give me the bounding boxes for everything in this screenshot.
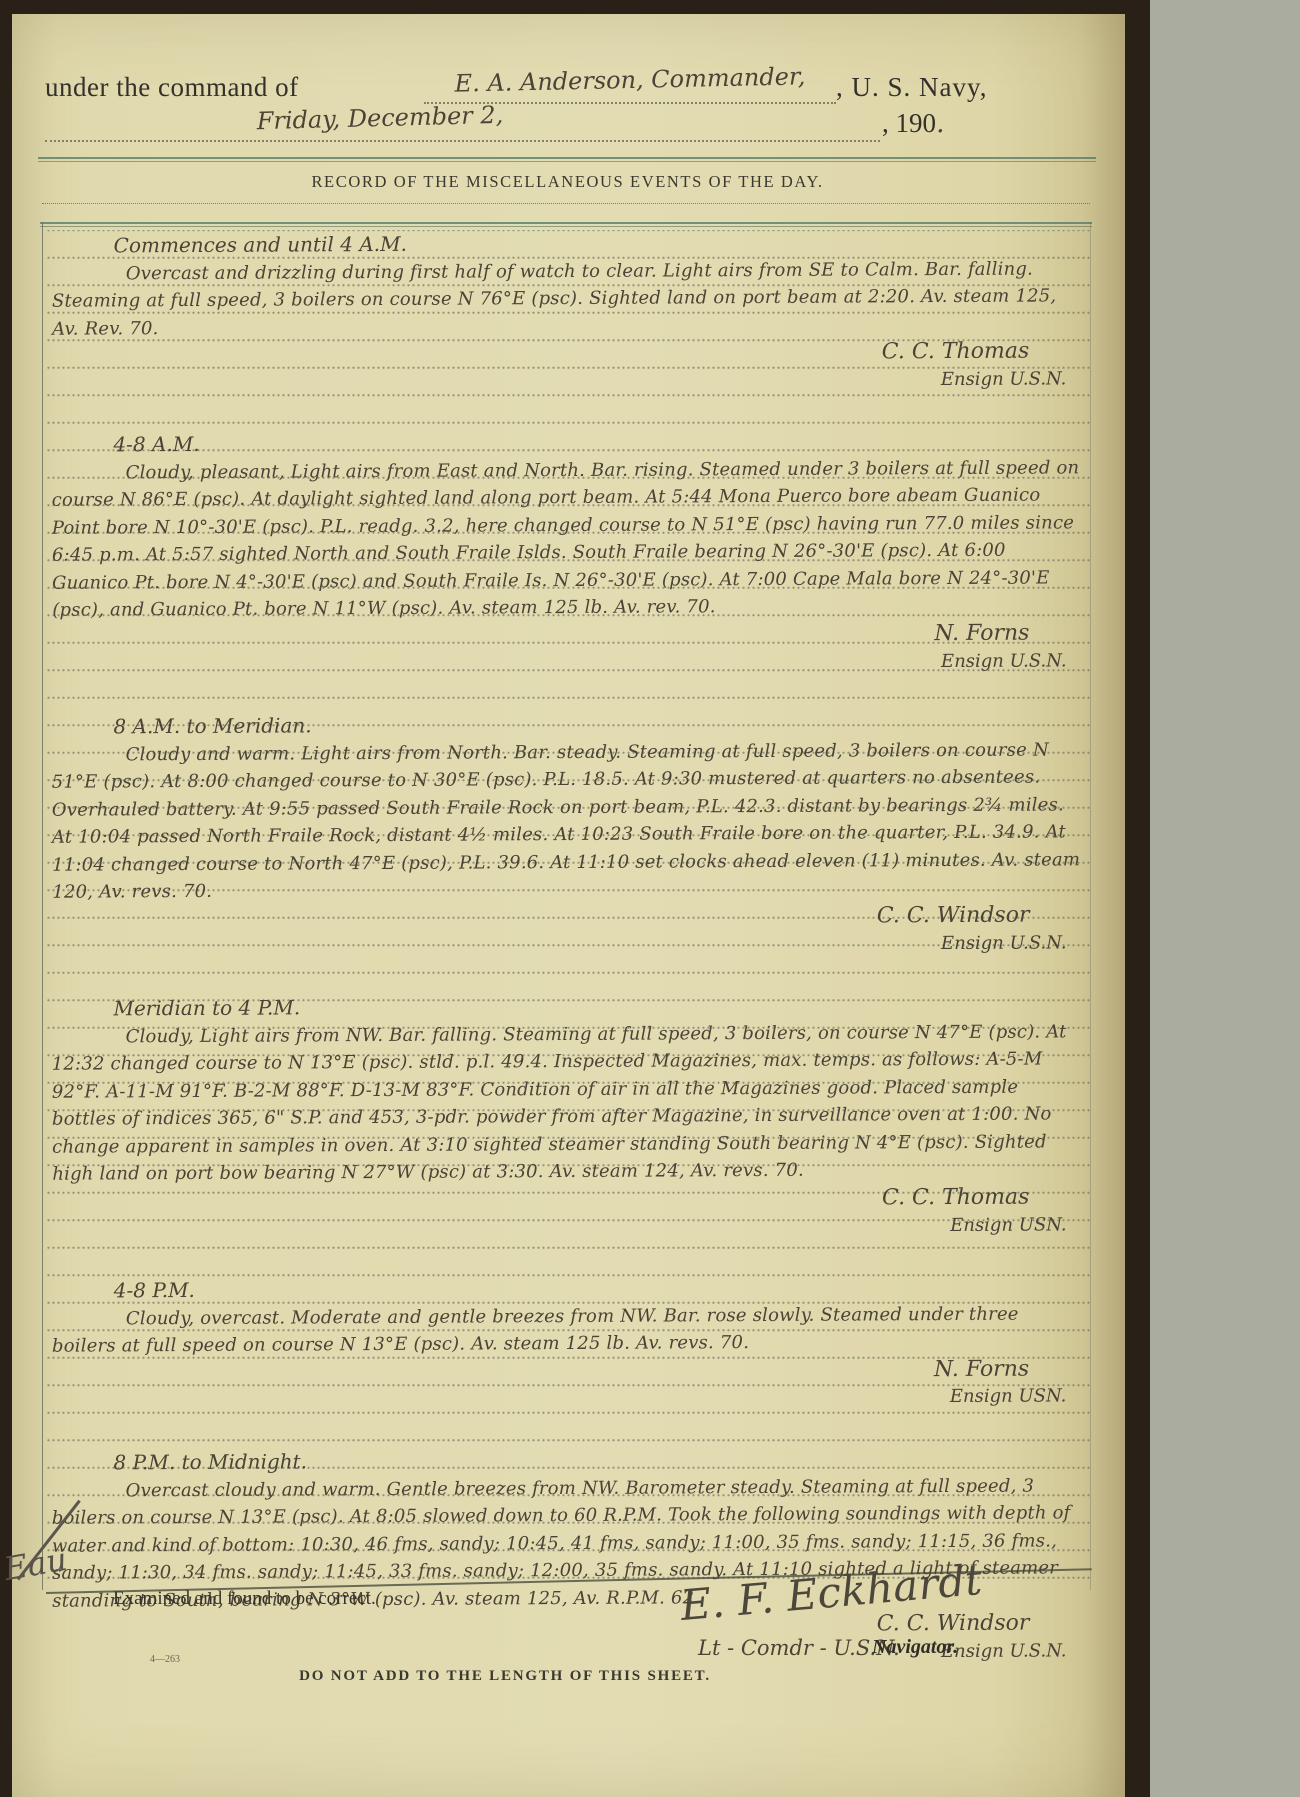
entry-body: Cloudy and warm. Light airs from North. … bbox=[52, 736, 1085, 907]
entry-body: Cloudy, pleasant, Light airs from East a… bbox=[52, 454, 1085, 625]
signature-title: Ensign U.S.N. bbox=[53, 929, 1085, 962]
form-number: 4—263 bbox=[150, 1654, 180, 1665]
entry-body: Cloudy, Light airs from NW. Bar. falling… bbox=[52, 1018, 1085, 1189]
page-block-edge bbox=[1130, 6, 1143, 1797]
signature-title: Ensign U.S.N. bbox=[52, 365, 1084, 398]
signature-title: Ensign U.S.N. bbox=[53, 647, 1085, 680]
entry-signature-block: N. Forns Ensign U.S.N. bbox=[52, 620, 1084, 680]
navy-label: , U. S. Navy, bbox=[836, 72, 988, 103]
entry-body: Overcast and drizzling during first half… bbox=[52, 255, 1084, 343]
signature-title: Ensign USN. bbox=[52, 1383, 1084, 1416]
navigator-label: Navigator. bbox=[872, 1636, 958, 1659]
title-dotted-line bbox=[42, 203, 1090, 204]
record-title: RECORD OF THE MISCELLANEOUS EVENTS OF TH… bbox=[45, 172, 1090, 192]
entry-body: Cloudy, overcast. Moderate and gentle br… bbox=[52, 1300, 1084, 1361]
entry-4-8am: 4-8 A.M. Cloudy, pleasant, Light airs fr… bbox=[51, 427, 1084, 680]
events-box-top-rule bbox=[40, 222, 1092, 227]
log-entries: Commences and until 4 A.M. Overcast and … bbox=[52, 230, 1084, 1702]
signature-name: C. C. Thomas bbox=[52, 338, 1084, 371]
entry-meridian-4pm: Meridian to 4 P.M. Cloudy, Light airs fr… bbox=[51, 991, 1084, 1244]
events-box-left-line bbox=[42, 222, 43, 1590]
signature-title: Ensign USN. bbox=[53, 1211, 1085, 1244]
entry-signature-block: C. C. Thomas Ensign USN. bbox=[52, 1184, 1084, 1244]
header-double-rule bbox=[38, 157, 1096, 162]
entry-signature-block: C. C. Windsor Ensign U.S.N. bbox=[52, 902, 1084, 962]
year-label: , 190. bbox=[882, 108, 945, 139]
command-label: under the command of bbox=[45, 72, 299, 103]
events-box-right-line bbox=[1090, 222, 1091, 1590]
examined-statement: Examined and found to be correct. bbox=[113, 1588, 376, 1610]
signature-name: C. C. Windsor bbox=[52, 902, 1084, 935]
entry-midnight-to-4am: Commences and until 4 A.M. Overcast and … bbox=[52, 227, 1085, 398]
date-dotted-line bbox=[45, 140, 880, 142]
navigator-rank-handwritten: Lt - Comdr - U.S.N. bbox=[698, 1636, 900, 1660]
logbook-page-scan: under the command of E. A. Anderson, Com… bbox=[0, 0, 1300, 1797]
entry-8am-meridian: 8 A.M. to Meridian. Cloudy and warm. Lig… bbox=[51, 709, 1084, 962]
entry-signature-block: C. C. Thomas Ensign U.S.N. bbox=[52, 338, 1084, 398]
year-period-handwritten: . bbox=[936, 108, 945, 139]
length-warning: DO NOT ADD TO THE LENGTH OF THIS SHEET. bbox=[205, 1668, 805, 1685]
entry-signature-block: N. Forns Ensign USN. bbox=[52, 1355, 1084, 1415]
entry-4-8pm: 4-8 P.M. Cloudy, overcast. Moderate and … bbox=[52, 1273, 1085, 1416]
